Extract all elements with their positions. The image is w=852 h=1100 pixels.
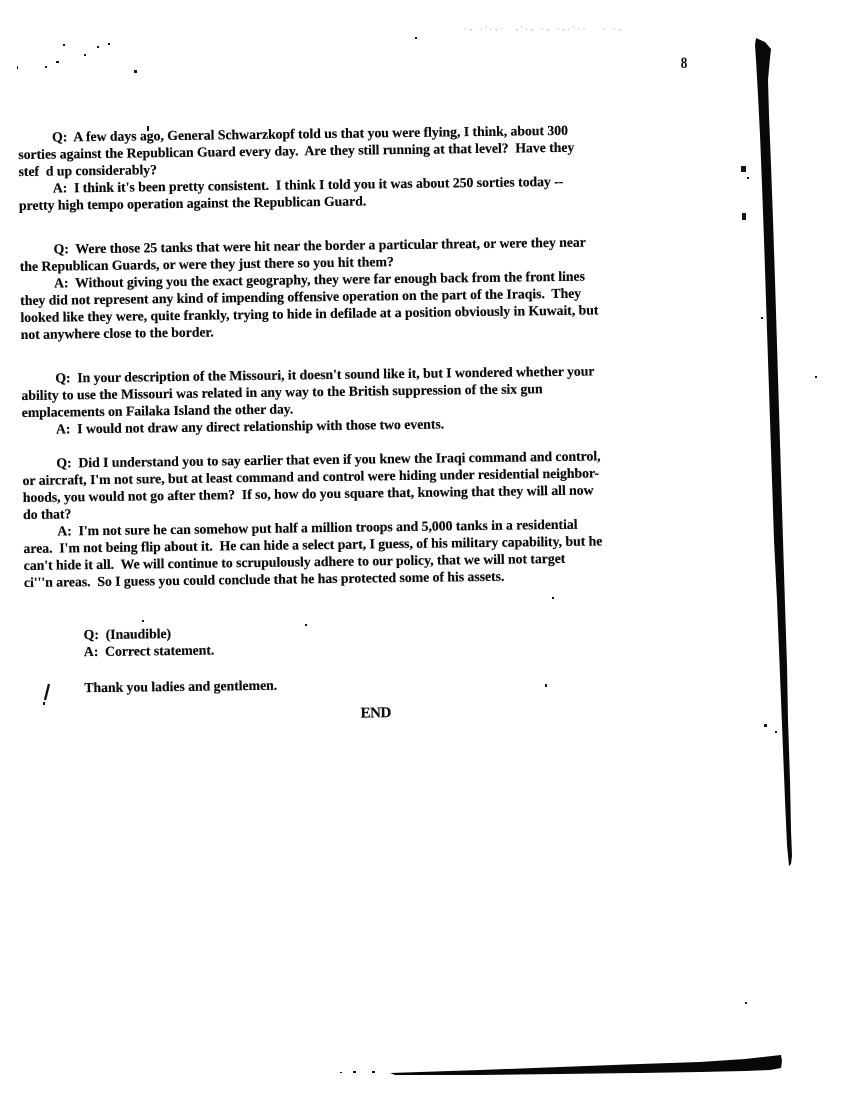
transcript-body: Q: A few days ago, General Schwarzkopf t…: [18, 120, 726, 727]
qa-paragraph: Q: Did I understand you to say earlier t…: [22, 446, 724, 591]
scanned-transcript-page: ·- ·'·-· -'·- ·- ·-·'·· · ·- 8 Q: A few …: [0, 0, 852, 1100]
transcript-line: Thank you ladies and gentlemen.: [25, 671, 725, 697]
photocopy-streak-right: [755, 38, 792, 866]
qa-paragraph: Q: Were those 25 tanks that were hit nea…: [19, 232, 720, 343]
page-number: 8: [681, 55, 688, 73]
end-marker: END: [26, 701, 726, 727]
qa-paragraph: Q: In your description of the Missouri, …: [21, 361, 722, 438]
fax-header-remnant: ·- ·'·-· -'·- ·- ·-·'·· · ·-: [464, 24, 744, 34]
qa-paragraph: Q: (Inaudible) A: Correct statement.: [25, 618, 725, 661]
photocopy-bar-bottom: [390, 1055, 782, 1075]
qa-paragraph: Q: A few days ago, General Schwarzkopf t…: [18, 120, 719, 214]
closing-line: Thank you ladies and gentlemen.: [25, 671, 725, 697]
